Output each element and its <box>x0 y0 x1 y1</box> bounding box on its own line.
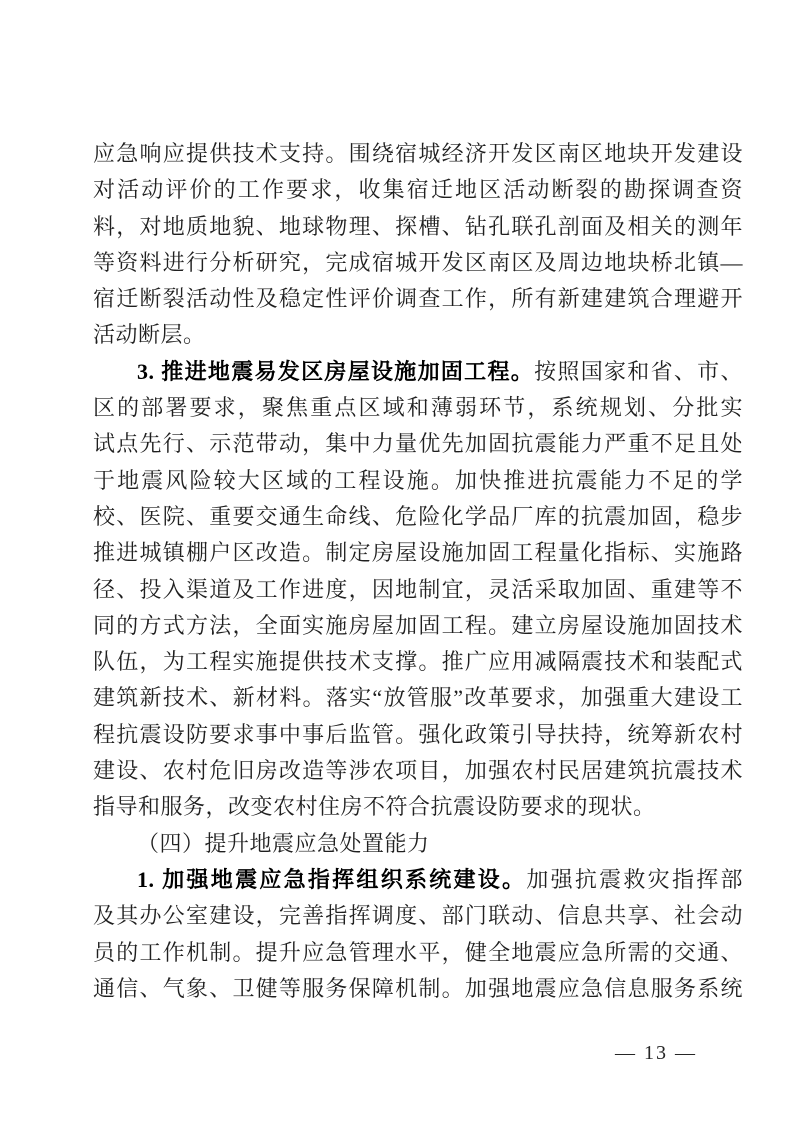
text-line: 程抗震设防要求事中事后监管。强化政策引导扶持，统筹新农村 <box>93 717 743 753</box>
text-line: 试点先行、示范带动，集中力量优先加固抗震能力严重不足且处 <box>93 426 743 462</box>
text-line: 对活动评价的工作要求，收集宿迁地区活动断裂的勘探调查资 <box>93 172 743 208</box>
text-line: 校、医院、重要交通生命线、危险化学品厂库的抗震加固，稳步 <box>93 499 743 535</box>
text-line: 建设、农村危旧房改造等涉农项目，加强农村民居建筑抗震技术 <box>93 753 743 789</box>
numbered-item-lead-line: 3. 推进地震易发区房屋设施加固工程。按照国家和省、市、 <box>93 354 743 390</box>
text-line: 及其办公室建设，完善指挥调度、部门联动、信息共享、社会动 <box>93 898 743 934</box>
text-line: 宿迁断裂活动性及稳定性评价调查工作，所有新建建筑合理避开 <box>93 281 743 317</box>
text-line: 员的工作机制。提升应急管理水平，健全地震应急所需的交通、 <box>93 935 743 971</box>
text-line: 推进城镇棚户区改造。制定房屋设施加固工程量化指标、实施路 <box>93 535 743 571</box>
page-number: — 13 — <box>615 1043 697 1063</box>
numbered-item-title-bold: 3. 推进地震易发区房屋设施加固工程。 <box>137 359 534 384</box>
numbered-item-body-start: 按照国家和省、市、 <box>534 359 743 384</box>
paragraph-last-line: 活动断层。 <box>93 317 743 353</box>
text-line: 料，对地质地貌、地球物理、探槽、钻孔联孔剖面及相关的测年 <box>93 209 743 245</box>
text-line: 同的方式方法，全面实施房屋加固工程。建立房屋设施加固技术 <box>93 608 743 644</box>
text-line: 通信、气象、卫健等服务保障机制。加强地震应急信息服务系统 <box>93 971 743 1007</box>
document-body: 应急响应提供技术支持。围绕宿城经济开发区南区地块开发建设 对活动评价的工作要求，… <box>93 136 743 1007</box>
numbered-item-body-start: 加强抗震救灾指挥部 <box>526 867 743 892</box>
text-line: 于地震风险较大区域的工程设施。加快推进抗震能力不足的学 <box>93 463 743 499</box>
text-line: 应急响应提供技术支持。围绕宿城经济开发区南区地块开发建设 <box>93 136 743 172</box>
paragraph-last-line: 指导和服务，改变农村住房不符合抗震设防要求的现状。 <box>93 789 743 825</box>
numbered-item-lead-line: 1. 加强地震应急指挥组织系统建设。加强抗震救灾指挥部 <box>93 862 743 898</box>
document-page: 应急响应提供技术支持。围绕宿城经济开发区南区地块开发建设 对活动评价的工作要求，… <box>0 0 793 1122</box>
text-line: 径、投入渠道及工作进度，因地制宜，灵活采取加固、重建等不 <box>93 572 743 608</box>
subsection-heading: （四）提升地震应急处置能力 <box>93 826 743 862</box>
text-line: 区的部署要求，聚焦重点区域和薄弱环节，系统规划、分批实施， <box>93 390 743 426</box>
numbered-item-title-bold: 1. 加强地震应急指挥组织系统建设。 <box>137 867 526 892</box>
text-line: 建筑新技术、新材料。落实“放管服”改革要求，加强重大建设工 <box>93 680 743 716</box>
text-line: 等资料进行分析研究，完成宿城开发区南区及周边地块桥北镇— <box>93 245 743 281</box>
text-line: 队伍，为工程实施提供技术支撑。推广应用减隔震技术和装配式 <box>93 644 743 680</box>
